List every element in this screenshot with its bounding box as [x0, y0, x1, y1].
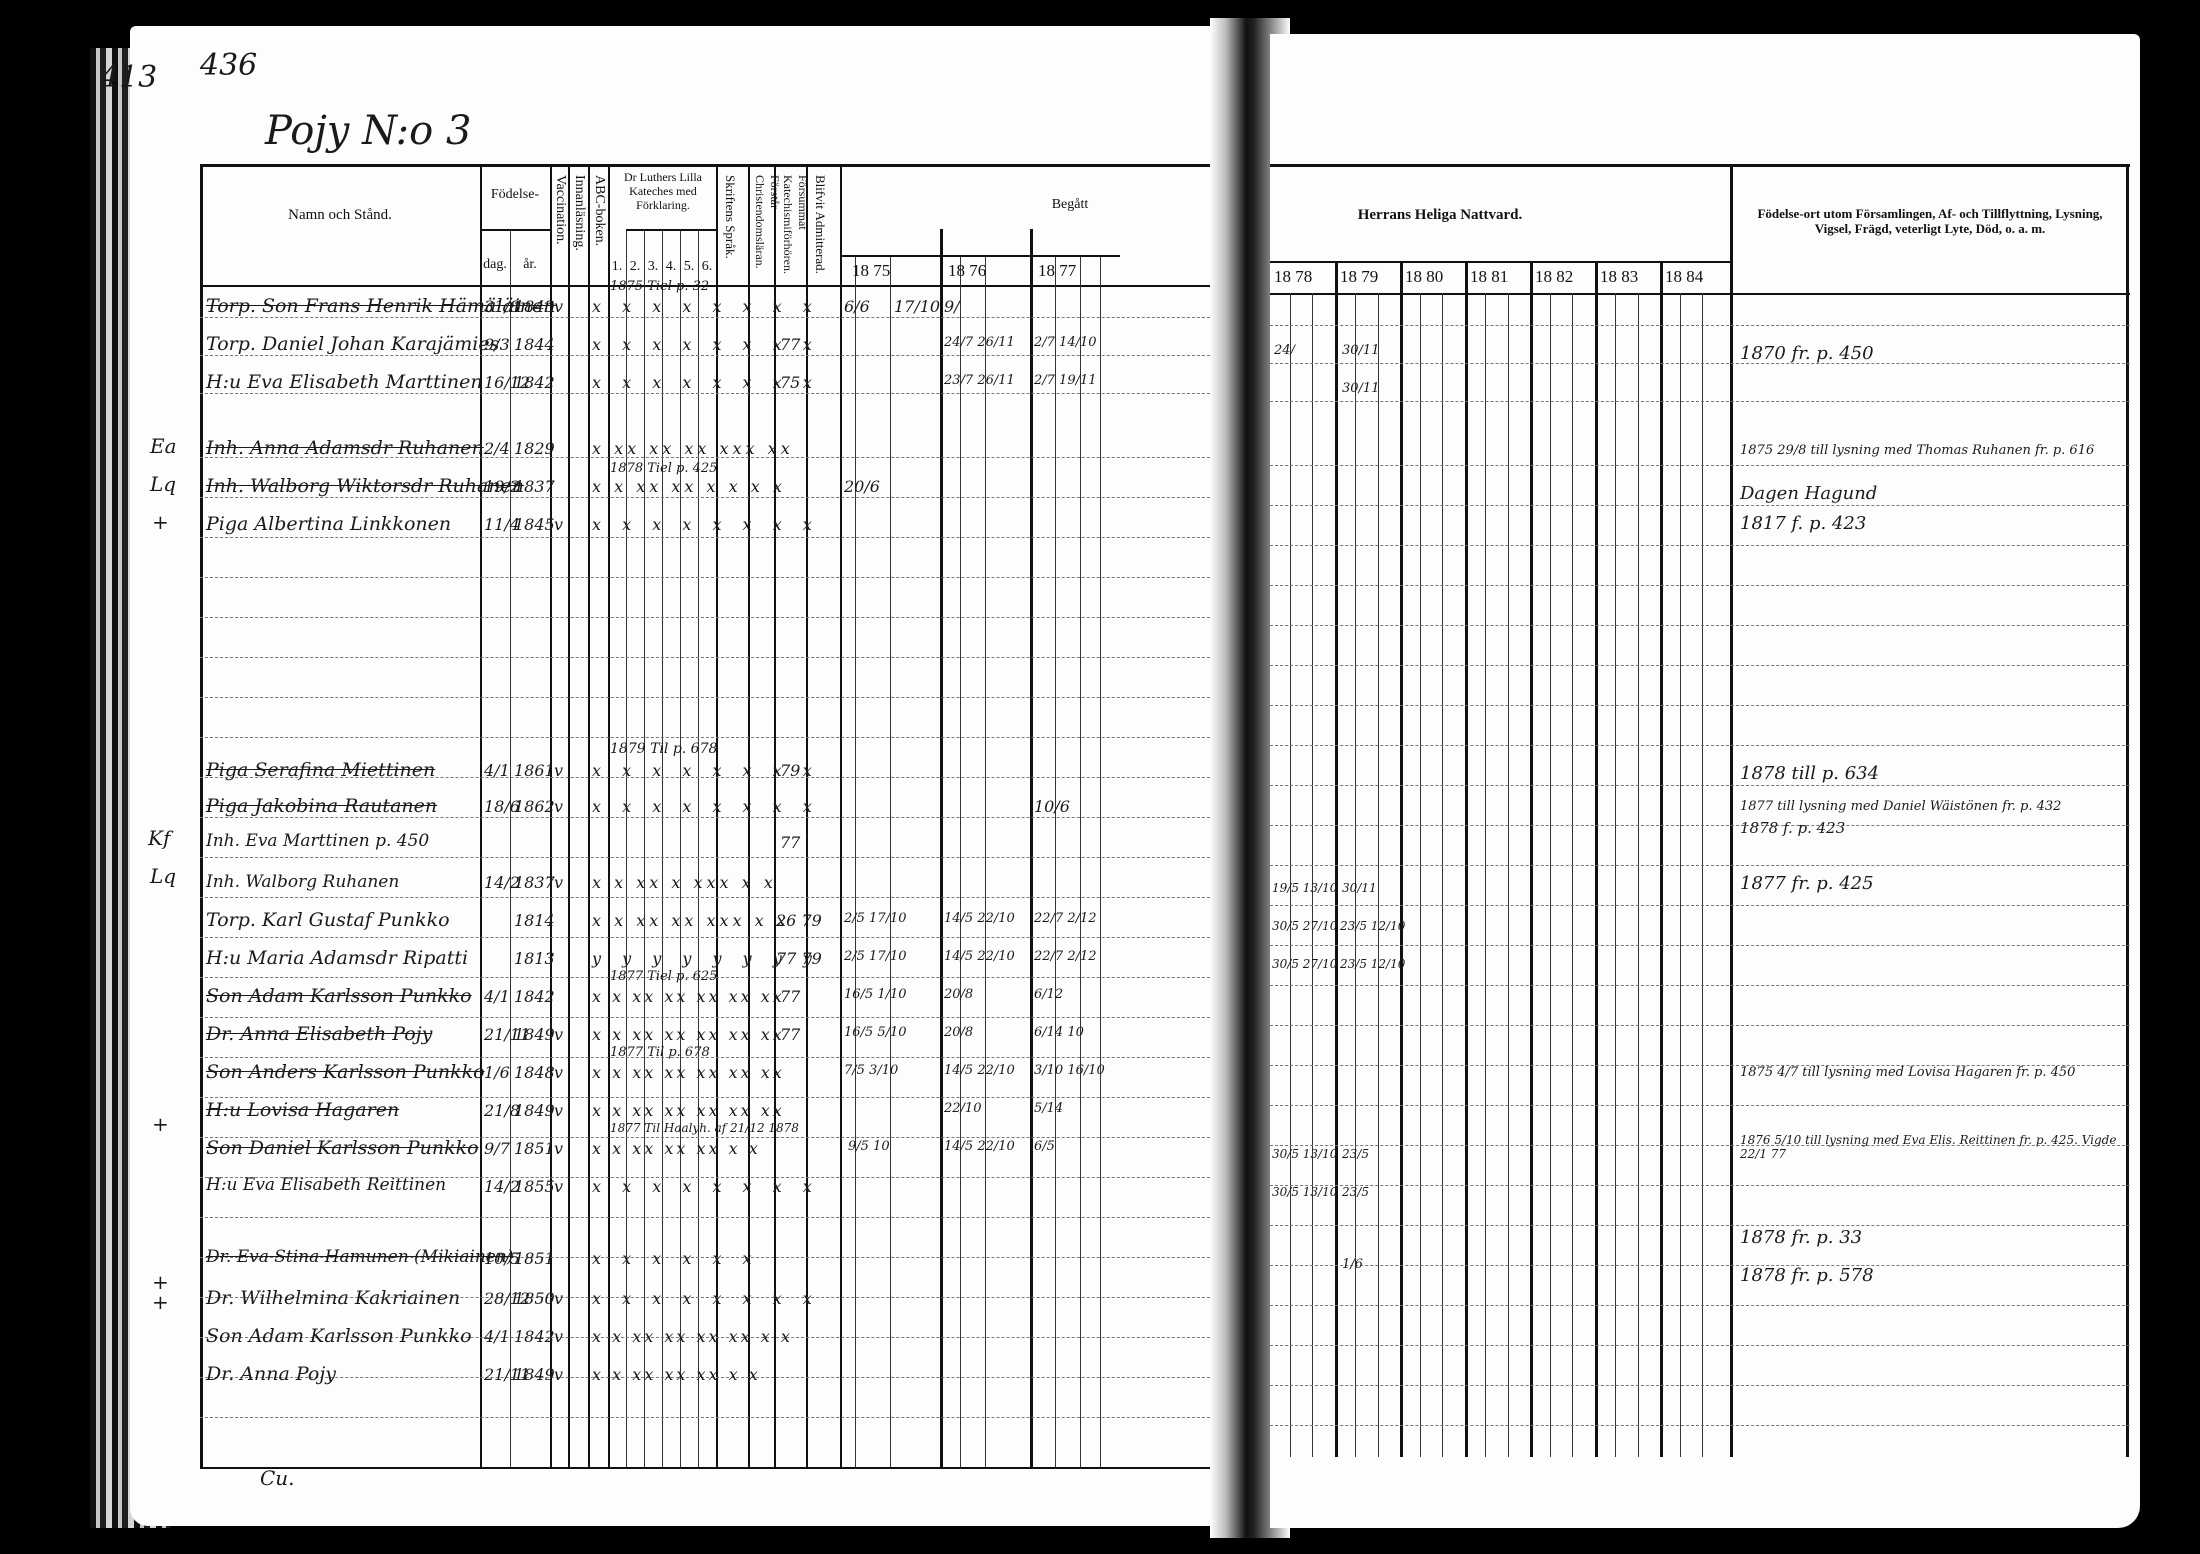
margin-note-7: +: [152, 1290, 169, 1314]
row-12-day: 4/1: [484, 987, 510, 1006]
row-10-marks: x x xx xx xxx x x: [592, 911, 790, 930]
header-birth: Födelse-: [480, 187, 550, 203]
row-12-c1876: 20/8: [944, 987, 973, 1002]
row-21-year: 1849: [514, 1365, 555, 1384]
row-16-marks: x x xx xx xx x x: [592, 1139, 761, 1158]
row-10-c1878: 30/5 27/10: [1272, 919, 1337, 933]
row-6-year: 1861: [514, 761, 555, 780]
row-10-c1877: 22/7 2/12: [1034, 911, 1097, 926]
year-1879: 18 79: [1340, 267, 1378, 287]
row-12-marks: x x xx xx xx xx xx: [592, 987, 785, 1006]
row-16-c1879: 23/5: [1342, 1147, 1369, 1161]
row-0-admitted: 6/6: [844, 297, 870, 316]
row-13-c1876: 20/8: [944, 1025, 973, 1040]
row-2-missed: 75: [780, 373, 800, 392]
row-12-extra: 1877 Tiel p. 625: [610, 969, 717, 984]
row-18-remark: 1878 fr. p. 33: [1740, 1227, 1862, 1248]
row-4-year: 1837: [514, 477, 555, 496]
row-17-vacc: v: [554, 1177, 563, 1196]
left-page: 413 436 Pojy N:o 3: [130, 26, 1250, 1526]
row-9-marks: x x xx x xxx x x: [592, 873, 777, 892]
header-remarks: Födelse-ort utom Församlingen, Af- och T…: [1738, 207, 2122, 237]
margin-note-3: Kf: [148, 826, 170, 850]
header-missed-catechism: Försummat Katechismiförhören.: [780, 175, 810, 283]
row-11-c1877: 22/7 2/12: [1034, 949, 1097, 964]
row-19-marks: x x x x x x x x: [592, 1289, 820, 1308]
row-16-c1878: 30/5 13/10: [1272, 1147, 1337, 1161]
row-2-c1879: 30/11: [1342, 381, 1379, 396]
row-19-remark: 1878 fr. p. 578: [1740, 1265, 1874, 1286]
year-1881: 18 81: [1470, 267, 1508, 287]
row-13-missed: 77: [780, 1025, 800, 1044]
row-15-name: H:u Lovisa Hagaren: [206, 1099, 399, 1121]
row-17-c1879: 23/5: [1342, 1185, 1369, 1199]
row-6-name: Piga Serafina Miettinen: [206, 759, 435, 781]
row-9-remark: 1877 fr. p. 425: [1740, 873, 1874, 894]
row-0-year: 1843: [514, 297, 555, 316]
row-17-year: 1855: [514, 1177, 555, 1196]
row-7-year: 1862: [514, 797, 555, 816]
row-5-remark: 1817 f. p. 423: [1740, 513, 1866, 534]
row-21-marks: x x xx xx xx x x: [592, 1365, 761, 1384]
header-abc: ABC-boken.: [591, 175, 607, 283]
row-3-day: 2/4: [484, 439, 510, 458]
header-cat-4: 4.: [662, 259, 680, 275]
header-cat-6: 6.: [698, 259, 716, 275]
row-1-c1878: 24/: [1274, 343, 1295, 358]
row-10-admitted: 2/5 17/10: [844, 911, 907, 926]
row-14-c1877: 3/10 16/10: [1034, 1063, 1105, 1078]
margin-note-2: +: [152, 510, 169, 534]
row-7-vacc: v: [554, 797, 563, 816]
row-11-admitted: 2/5 17/10: [844, 949, 907, 964]
row-10-missed: 26 79: [776, 911, 822, 930]
row-12-year: 1842: [514, 987, 555, 1006]
row-3-year: 1829: [514, 439, 555, 458]
year-1877: 18 77: [1038, 261, 1076, 281]
row-20-marks: x x xx xx xx xx x x: [592, 1327, 793, 1346]
row-14-c1876: 14/5 22/10: [944, 1063, 1015, 1078]
year-1880: 18 80: [1405, 267, 1443, 287]
year-1876: 18 76: [948, 261, 986, 281]
header-admitted: Blifvit Admitterad.: [812, 175, 828, 283]
row-15-marks: x x xx xx xx xx xx: [592, 1101, 785, 1120]
row-16-year: 1851: [514, 1139, 555, 1158]
row-4-remark: Dagen Hagund: [1740, 483, 1877, 504]
row-4-admitted: 20/6: [844, 477, 880, 496]
row-16-extra: 1877 Til Haalyh. af 21/12 1878: [610, 1121, 799, 1135]
row-11-name: H:u Maria Adamsdr Ripatti: [206, 947, 468, 969]
row-2-name: H:u Eva Elisabeth Marttinen: [206, 371, 483, 393]
row-9-vacc: v: [554, 873, 563, 892]
row-20-name: Son Adam Karlsson Punkko: [206, 1325, 472, 1347]
header-attended: Begått: [1020, 197, 1120, 213]
row-19-year: 1850: [514, 1289, 555, 1308]
row-4-marks: x x xx xx x x x x: [592, 477, 786, 496]
row-5-marks: x x x x x x x x: [592, 515, 820, 534]
row-15-vacc: v: [554, 1101, 563, 1120]
row-1-name: Torp. Daniel Johan Karajämies: [206, 333, 499, 355]
left-table: Namn och Stånd. Födelse- dag. år. Vaccin…: [200, 164, 1250, 1467]
row-1-day: 9/3: [484, 335, 510, 354]
row-21-name: Dr. Anna Pojy: [206, 1363, 336, 1385]
row-16-c1876: 14/5 22/10: [944, 1139, 1015, 1154]
right-page: Herrans Heliga Nattvard. 18 78 18 79 18 …: [1270, 34, 2140, 1528]
year-1883: 18 83: [1600, 267, 1638, 287]
row-15-c1877: 5/14: [1034, 1101, 1063, 1116]
row-10-c1879: 23/5 12/10: [1340, 919, 1405, 933]
header-cat-3: 3.: [644, 259, 662, 275]
row-14-vacc: v: [554, 1063, 563, 1082]
row-12-c1877: 6/12: [1034, 987, 1063, 1002]
row-7-name: Piga Jakobina Rautanen: [206, 795, 437, 817]
row-7-marks: x x x x x x x x: [592, 797, 820, 816]
row-1-remark: 1870 fr. p. 450: [1740, 343, 1874, 364]
row-0-c1876: 9/: [944, 297, 960, 316]
row-0-c1875: 17/10: [894, 297, 940, 316]
row-2-c1876: 23/7 26/11: [944, 373, 1015, 388]
row-15-year: 1849: [514, 1101, 555, 1120]
row-16-vacc: v: [554, 1139, 563, 1158]
row-10-year: 1814: [514, 911, 555, 930]
header-name: Namn och Stånd.: [260, 207, 420, 224]
row-14-admitted: 7/5 3/10: [844, 1063, 898, 1078]
row-6-extra: 1879 Til p. 678: [610, 741, 717, 757]
header-communion: Herrans Heliga Nattvard.: [1290, 207, 1590, 224]
row-1-c1876: 24/7 26/11: [944, 335, 1015, 350]
row-8-remark: 1878 f. p. 423: [1740, 819, 1845, 837]
header-vaccination: Vaccination.: [552, 175, 568, 283]
row-13-marks: x x xx xx xx xx xx: [592, 1025, 785, 1044]
row-9-c1878: 19/5 13/10: [1272, 881, 1337, 895]
row-18-c1878: 1/6: [1342, 1257, 1363, 1272]
row-19-vacc: v: [554, 1289, 563, 1308]
row-5-vacc: v: [554, 515, 563, 534]
row-11-c1876: 14/5 22/10: [944, 949, 1015, 964]
row-13-admitted: 16/5 5/10: [844, 1025, 907, 1040]
footer-note: Cu.: [260, 1466, 295, 1490]
row-18-name: Dr. Eva Stina Hamunen (Mikiainen): [206, 1247, 513, 1267]
row-14-extra: 1877 Til p. 678: [610, 1045, 710, 1060]
row-1-c1879: 30/11: [1342, 343, 1379, 358]
row-17-marks: x x x x x x x x: [592, 1177, 820, 1196]
row-19-name: Dr. Wilhelmina Kakriainen: [206, 1287, 460, 1309]
row-1-missed: 77: [780, 335, 800, 354]
register-spread: 413 436 Pojy N:o 3: [90, 18, 2150, 1538]
row-2-year: 1842: [514, 373, 555, 392]
row-12-name: Son Adam Karlsson Punkko: [206, 985, 472, 1007]
row-11-c1878: 30/5 27/10: [1272, 957, 1337, 971]
row-20-day: 4/1: [484, 1327, 510, 1346]
header-christian-knowledge: Förstår Christendomsläran.: [752, 175, 782, 283]
year-1884: 18 84: [1665, 267, 1703, 287]
row-14-day: 1/6: [484, 1063, 510, 1082]
row-14-name: Son Anders Karlsson Punkko: [206, 1061, 485, 1083]
margin-note-0: Ea: [150, 434, 177, 458]
row-12-missed: 77: [780, 987, 800, 1006]
row-3-remark: 1875 29/8 till lysning med Thomas Ruhane…: [1740, 443, 2094, 458]
row-3-name: Inh. Anna Adamsdr Ruhanen: [206, 437, 484, 459]
margin-note-4: Lq: [150, 864, 176, 888]
row-11-year: 1813: [514, 949, 555, 968]
row-4-extra: 1878 Tiel p. 425: [610, 461, 717, 476]
row-9-name: Inh. Walborg Ruhanen: [206, 872, 399, 892]
row-8-name: Inh. Eva Marttinen p. 450: [206, 831, 429, 851]
row-13-name: Dr. Anna Elisabeth Pojy: [206, 1023, 432, 1045]
row-16-c1877: 6/5: [1034, 1139, 1055, 1154]
row-5-year: 1845: [514, 515, 555, 534]
row-18-year: 1851: [514, 1249, 555, 1268]
row-17-name: H:u Eva Elisabeth Reittinen: [206, 1175, 446, 1195]
row-13-vacc: v: [554, 1025, 563, 1044]
header-birth-year: år.: [510, 257, 550, 273]
row-20-year: 1842: [514, 1327, 555, 1346]
row-0-vacc: v: [554, 297, 563, 316]
row-6-day: 4/1: [484, 761, 510, 780]
row-18-marks: x x x x x x: [592, 1249, 760, 1268]
right-table: Herrans Heliga Nattvard. 18 78 18 79 18 …: [1270, 164, 2130, 1457]
row-21-vacc: v: [554, 1365, 563, 1384]
row-16-admitted: 9/5 10: [848, 1139, 890, 1154]
row-11-missed: 77 79: [776, 949, 822, 968]
header-catechism: Dr Luthers Lilla Kateches med Förklaring…: [610, 171, 716, 212]
ledger-title: Pojy N:o 3: [265, 108, 471, 154]
row-16-day: 9/7: [484, 1139, 510, 1158]
row-7-remark: 1877 till lysning med Daniel Wäistönen f…: [1740, 799, 2061, 814]
row-14-marks: x x xx xx xx xx xx: [592, 1063, 785, 1082]
row-4-name: Inh. Walborg Wiktorsdr Ruhanen: [206, 475, 524, 497]
row-20-vacc: v: [554, 1327, 563, 1346]
row-11-c1879: 23/5 12/10: [1340, 957, 1405, 971]
row-9-c1879: 30/11: [1342, 881, 1377, 895]
header-cat-5: 5.: [680, 259, 698, 275]
row-13-year: 1849: [514, 1025, 555, 1044]
header-reading: Innanläsning.: [571, 175, 587, 283]
page-number: 436: [200, 48, 257, 83]
margin-note-5: +: [152, 1112, 169, 1136]
row-5-name: Piga Albertina Linkkonen: [206, 513, 451, 535]
year-1882: 18 82: [1535, 267, 1573, 287]
row-16-remark: 1876 5/10 till lysning med Eva Elis. Rei…: [1740, 1133, 2120, 1161]
header-cat-2: 2.: [626, 259, 644, 275]
row-6-remark: 1878 till p. 634: [1740, 763, 1879, 784]
row-16-name: Son Daniel Karlsson Punkko: [206, 1137, 479, 1159]
row-10-name: Torp. Karl Gustaf Punkko: [206, 909, 450, 931]
header-cat-1: 1.: [608, 259, 626, 275]
row-8-missed: 77: [780, 833, 800, 852]
row-1-year: 1844: [514, 335, 555, 354]
row-6-vacc: v: [554, 761, 563, 780]
header-birth-day: dag.: [480, 257, 510, 273]
header-scripture: Skriftens Språk.: [722, 175, 738, 283]
row-10-c1876: 14/5 22/10: [944, 911, 1015, 926]
year-1878: 18 78: [1274, 267, 1312, 287]
row-12-admitted: 16/5 1/10: [844, 987, 907, 1002]
row-1-c1877: 2/7 14/10: [1034, 335, 1097, 350]
row-2-c1877: 2/7 19/11: [1034, 373, 1097, 388]
row-0-marks: x x x x x x x x: [592, 297, 820, 316]
row-14-year: 1848: [514, 1063, 555, 1082]
row-14-remark: 1875 4/7 till lysning med Lovisa Hagaren…: [1740, 1065, 2075, 1080]
row-7-c1877: 10/6: [1034, 797, 1070, 816]
row-0-extra: 1875 Tiel p. 32: [610, 279, 709, 294]
row-9-year: 1837: [514, 873, 555, 892]
row-3-marks: x xx xx xx xxx xx: [592, 439, 794, 458]
row-15-c1876: 22/10: [944, 1101, 981, 1116]
margin-note-1: Lq: [150, 472, 176, 496]
row-17-c1878: 30/5 13/10: [1272, 1185, 1337, 1199]
outer-page-number: 413: [100, 60, 157, 95]
year-1875: 18 75: [852, 261, 890, 281]
row-6-missed: 79: [780, 761, 800, 780]
row-13-c1877: 6/14 10: [1034, 1025, 1084, 1040]
